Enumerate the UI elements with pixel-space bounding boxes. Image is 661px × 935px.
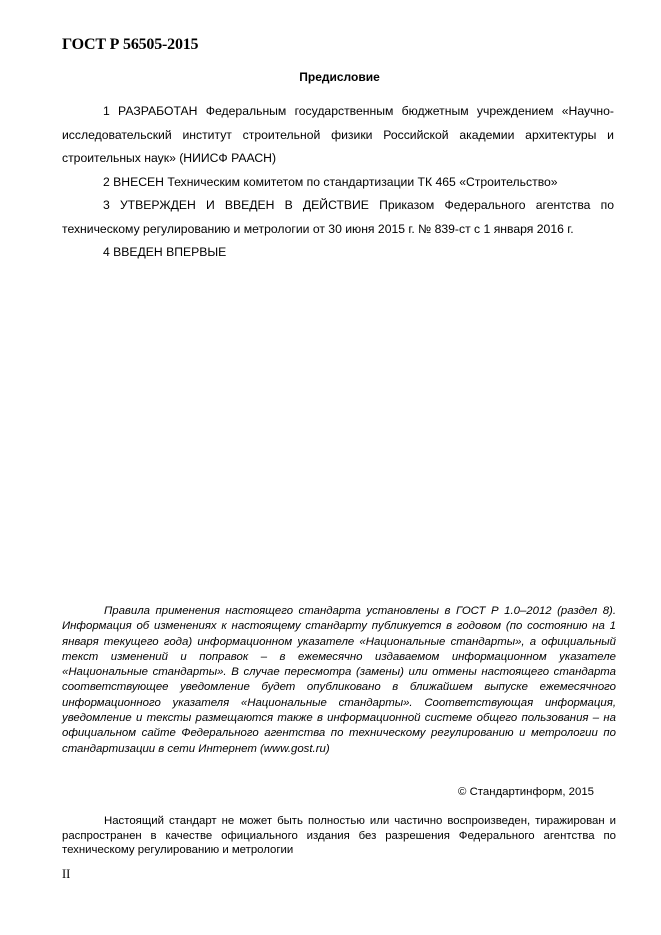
application-rules-note: Правила применения настоящего стандарта …	[62, 604, 616, 757]
preface-item-developed: 1 РАЗРАБОТАН Федеральным государственным…	[62, 100, 614, 171]
document-page: ГОСТ Р 56505-2015 Предисловие 1 РАЗРАБОТ…	[0, 0, 661, 935]
page-number: II	[62, 867, 70, 882]
application-rules-text: Правила применения настоящего стандарта …	[62, 604, 616, 757]
preface-title: Предисловие	[0, 70, 661, 84]
preface-item-approved: 3 УТВЕРЖДЕН И ВВЕДЕН В ДЕЙСТВИЕ Приказом…	[62, 194, 614, 241]
preface-item-first-introduced: 4 ВВЕДЕН ВПЕРВЫЕ	[62, 241, 614, 265]
reproduction-rights-text: Настоящий стандарт не может быть полност…	[62, 814, 616, 858]
document-code-header: ГОСТ Р 56505-2015	[62, 36, 198, 54]
preface-item-introduced: 2 ВНЕСЕН Техническим комитетом по станда…	[62, 171, 614, 195]
preface-body: 1 РАЗРАБОТАН Федеральным государственным…	[62, 100, 614, 265]
reproduction-rights: Настоящий стандарт не может быть полност…	[62, 814, 616, 858]
copyright-notice: © Стандартинформ, 2015	[458, 786, 594, 798]
